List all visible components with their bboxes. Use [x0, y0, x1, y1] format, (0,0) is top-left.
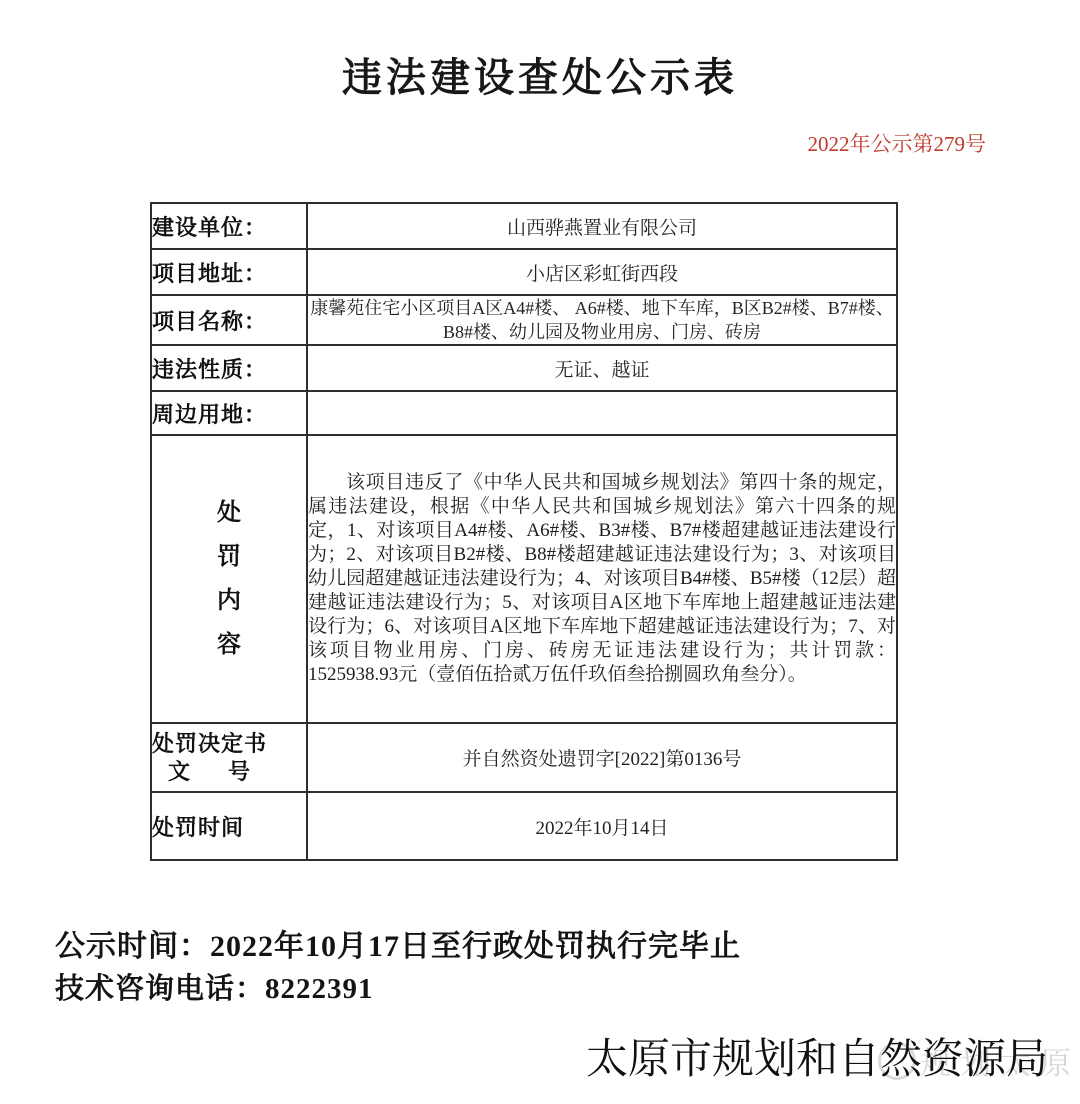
project-name-value: 康馨苑住宅小区项目A区A4#楼、 A6#楼、地下车库，B区B2#楼、B7#楼、B… [307, 295, 897, 345]
construction-unit-value: 山西骅燕置业有限公司 [307, 203, 897, 249]
table-row-punishment-time: 处罚时间 2022年10月14日 [151, 792, 897, 860]
doc-number: 2022年公示第279号 [808, 128, 987, 158]
notice-table: 建设单位： 山西骅燕置业有限公司 项目地址： 小店区彩虹街西段 项目名称： 康馨… [150, 202, 898, 861]
violation-nature-label: 违法性质： [151, 345, 307, 391]
authority-name: 太原市规划和自然资源局 [586, 1026, 1048, 1086]
surrounding-land-label: 周边用地： [151, 391, 307, 435]
punishment-time-value: 2022年10月14日 [307, 792, 897, 860]
decision-doc-number-label-line1: 处罚决定书 [152, 730, 306, 758]
table-row-violation-nature: 违法性质： 无证、越证 [151, 345, 897, 391]
table-row-construction-unit: 建设单位： 山西骅燕置业有限公司 [151, 203, 897, 249]
project-address-value: 小店区彩虹街西段 [307, 249, 897, 295]
table-row-punishment-content: 处罚内容 该项目违反了《中华人民共和国城乡规划法》第四十条的规定，属违法建设，根… [151, 435, 897, 723]
violation-nature-value: 无证、越证 [307, 345, 897, 391]
project-address-label: 项目地址： [151, 249, 307, 295]
decision-doc-number-value: 并自然资处遗罚字[2022]第0136号 [307, 723, 897, 792]
project-name-label: 项目名称： [151, 295, 307, 345]
table-row-project-address: 项目地址： 小店区彩虹街西段 [151, 249, 897, 295]
decision-doc-number-label-line2: 文 号 [152, 758, 306, 786]
consultation-phone-line: 技术咨询电话：8222391 [55, 966, 374, 1007]
punishment-content-label: 处罚内容 [151, 435, 307, 723]
punishment-paragraph: 该项目违反了《中华人民共和国城乡规划法》第四十条的规定，属违法建设，根据《中华人… [308, 471, 896, 687]
surrounding-land-value [307, 391, 897, 435]
punishment-content-label-text: 处罚内容 [215, 491, 243, 667]
table-row-project-name: 项目名称： 康馨苑住宅小区项目A区A4#楼、 A6#楼、地下车库，B区B2#楼、… [151, 295, 897, 345]
decision-doc-number-label: 处罚决定书 文 号 [151, 723, 307, 792]
publicity-time-line: 公示时间：2022年10月17日至行政处罚执行完毕止 [55, 921, 741, 965]
notice-page: 违法建设查处公示表 2022年公示第279号 建设单位： 山西骅燕置业有限公司 … [0, 0, 1080, 1104]
punishment-content-value: 该项目违反了《中华人民共和国城乡规划法》第四十条的规定，属违法建设，根据《中华人… [307, 435, 897, 723]
page-title: 违法建设查处公示表 [0, 46, 1080, 103]
punishment-time-label: 处罚时间 [151, 792, 307, 860]
construction-unit-label: 建设单位： [151, 203, 307, 249]
table-row-surrounding-land: 周边用地： [151, 391, 897, 435]
table-row-decision-doc-number: 处罚决定书 文 号 并自然资处遗罚字[2022]第0136号 [151, 723, 897, 792]
